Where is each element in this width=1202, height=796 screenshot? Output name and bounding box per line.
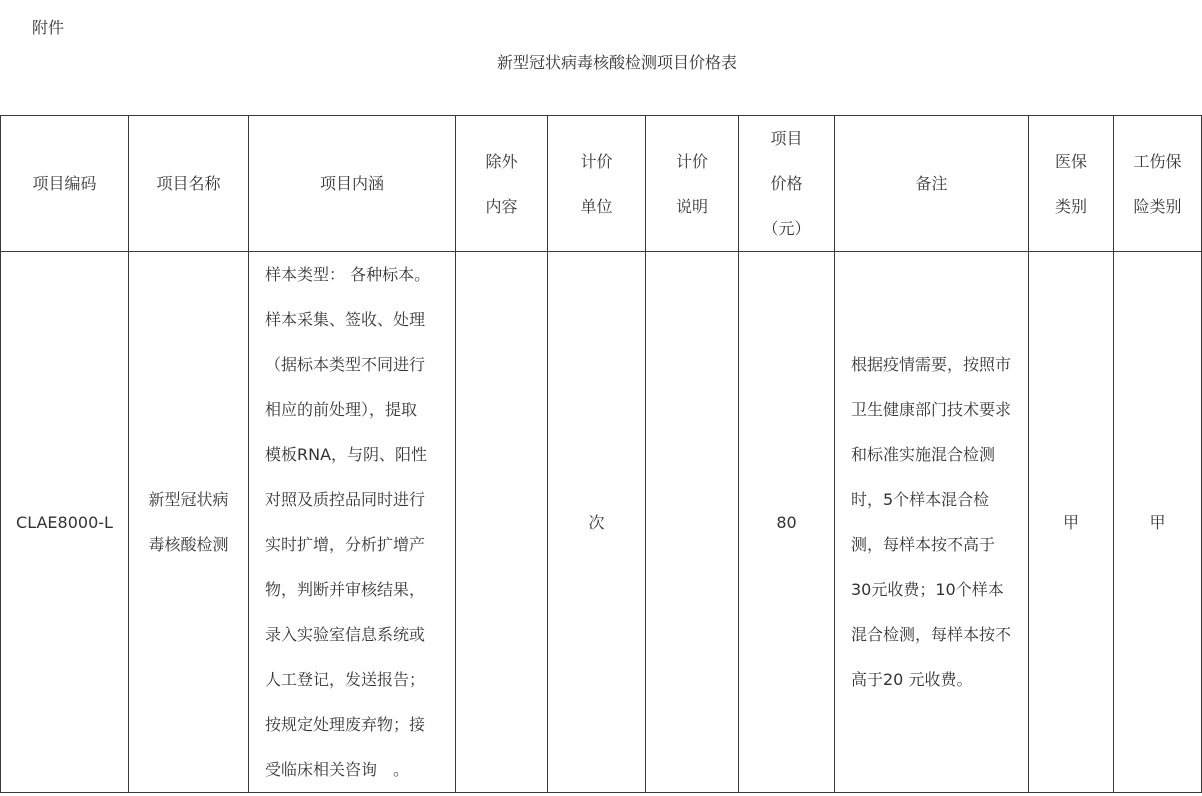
content-line: （据标本类型不同进行 xyxy=(265,342,449,387)
header-price-line-1: 项目 xyxy=(739,116,834,161)
header-excluded: 除外 内容 xyxy=(456,116,548,252)
cell-unit: 次 xyxy=(548,252,646,793)
cell-name-line-1: 新型冠状病 xyxy=(129,477,248,522)
header-row: 项目编码 项目名称 项目内涵 除外 内容 计价 单位 计价 说明 项目 xyxy=(1,116,1202,252)
content-line: 样本采集、签收、处理 xyxy=(265,297,449,342)
cell-excluded xyxy=(456,252,548,793)
header-remark: 备注 xyxy=(835,116,1029,252)
price-table: 项目编码 项目名称 项目内涵 除外 内容 计价 单位 计价 说明 项目 xyxy=(0,115,1202,793)
remark-line: 30元收费；10个样本 xyxy=(851,567,1022,612)
table-row: CLAE8000-L 新型冠状病 毒核酸检测 样本类型： 各种标本。 样本采集、… xyxy=(1,252,1202,793)
remark-line: 高于20 元收费。 xyxy=(851,657,1022,702)
header-excluded-line-1: 除外 xyxy=(456,139,547,184)
cell-pricing-note xyxy=(646,252,739,793)
header-code-label: 项目编码 xyxy=(1,161,128,206)
header-pricing-note: 计价 说明 xyxy=(646,116,739,252)
content-line: 相应的前处理），提取 xyxy=(265,387,449,432)
header-name-label: 项目名称 xyxy=(129,161,248,206)
content-line: 样本类型： 各种标本。 xyxy=(265,252,449,297)
remark-line: 时，5个样本混合检 xyxy=(851,477,1022,522)
header-pricing-note-line-2: 说明 xyxy=(646,184,738,229)
remark-line: 混合检测，每样本按不 xyxy=(851,612,1022,657)
cell-name-line-2: 毒核酸检测 xyxy=(129,522,248,567)
cell-injury-insurance: 甲 xyxy=(1114,252,1202,793)
cell-code: CLAE8000-L xyxy=(1,252,129,793)
header-unit-line-1: 计价 xyxy=(548,139,645,184)
header-name: 项目名称 xyxy=(129,116,249,252)
content-line: 受临床相关咨询 。 xyxy=(265,747,449,792)
header-remark-label: 备注 xyxy=(835,161,1028,206)
header-unit-line-2: 单位 xyxy=(548,184,645,229)
cell-remark: 根据疫情需要，按照市 卫生健康部门技术要求 和标准实施混合检测 时，5个样本混合… xyxy=(835,252,1029,793)
remark-line: 根据疫情需要，按照市 xyxy=(851,342,1022,387)
header-code: 项目编码 xyxy=(1,116,129,252)
header-excluded-line-2: 内容 xyxy=(456,184,547,229)
header-content: 项目内涵 xyxy=(249,116,456,252)
header-injury-insurance-line-1: 工伤保 xyxy=(1114,139,1201,184)
header-pricing-note-line-1: 计价 xyxy=(646,139,738,184)
cell-name: 新型冠状病 毒核酸检测 xyxy=(129,252,249,793)
remark-line: 测，每样本按不高于 xyxy=(851,522,1022,567)
header-medical-insurance-line-2: 类别 xyxy=(1029,184,1113,229)
remark-line: 和标准实施混合检测 xyxy=(851,432,1022,477)
cell-medical-insurance: 甲 xyxy=(1029,252,1114,793)
header-content-label: 项目内涵 xyxy=(249,161,455,206)
content-line: 人工登记，发送报告； xyxy=(265,657,449,702)
cell-price: 80 xyxy=(739,252,835,793)
content-line: 实时扩增，分析扩增产 xyxy=(265,522,449,567)
attachment-label: 附件 xyxy=(32,18,64,38)
content-line: 对照及质控品同时进行 xyxy=(265,477,449,522)
header-medical-insurance: 医保 类别 xyxy=(1029,116,1114,252)
document-title: 新型冠状病毒核酸检测项目价格表 xyxy=(0,52,1202,74)
content-line: 模板RNA，与阴、阳性 xyxy=(265,432,449,477)
header-injury-insurance-line-2: 险类别 xyxy=(1114,184,1201,229)
cell-content: 样本类型： 各种标本。 样本采集、签收、处理 （据标本类型不同进行 相应的前处理… xyxy=(249,252,456,793)
header-unit: 计价 单位 xyxy=(548,116,646,252)
header-price-line-2: 价格 xyxy=(739,161,834,206)
remark-line: 卫生健康部门技术要求 xyxy=(851,387,1022,432)
content-line: 物，判断并审核结果， xyxy=(265,567,449,612)
header-price: 项目 价格 （元） xyxy=(739,116,835,252)
content-line: 录入实验室信息系统或 xyxy=(265,612,449,657)
header-price-line-3: （元） xyxy=(739,206,834,251)
content-line: 按规定处理废弃物；接 xyxy=(265,702,449,747)
header-injury-insurance: 工伤保 险类别 xyxy=(1114,116,1202,252)
header-medical-insurance-line-1: 医保 xyxy=(1029,139,1113,184)
